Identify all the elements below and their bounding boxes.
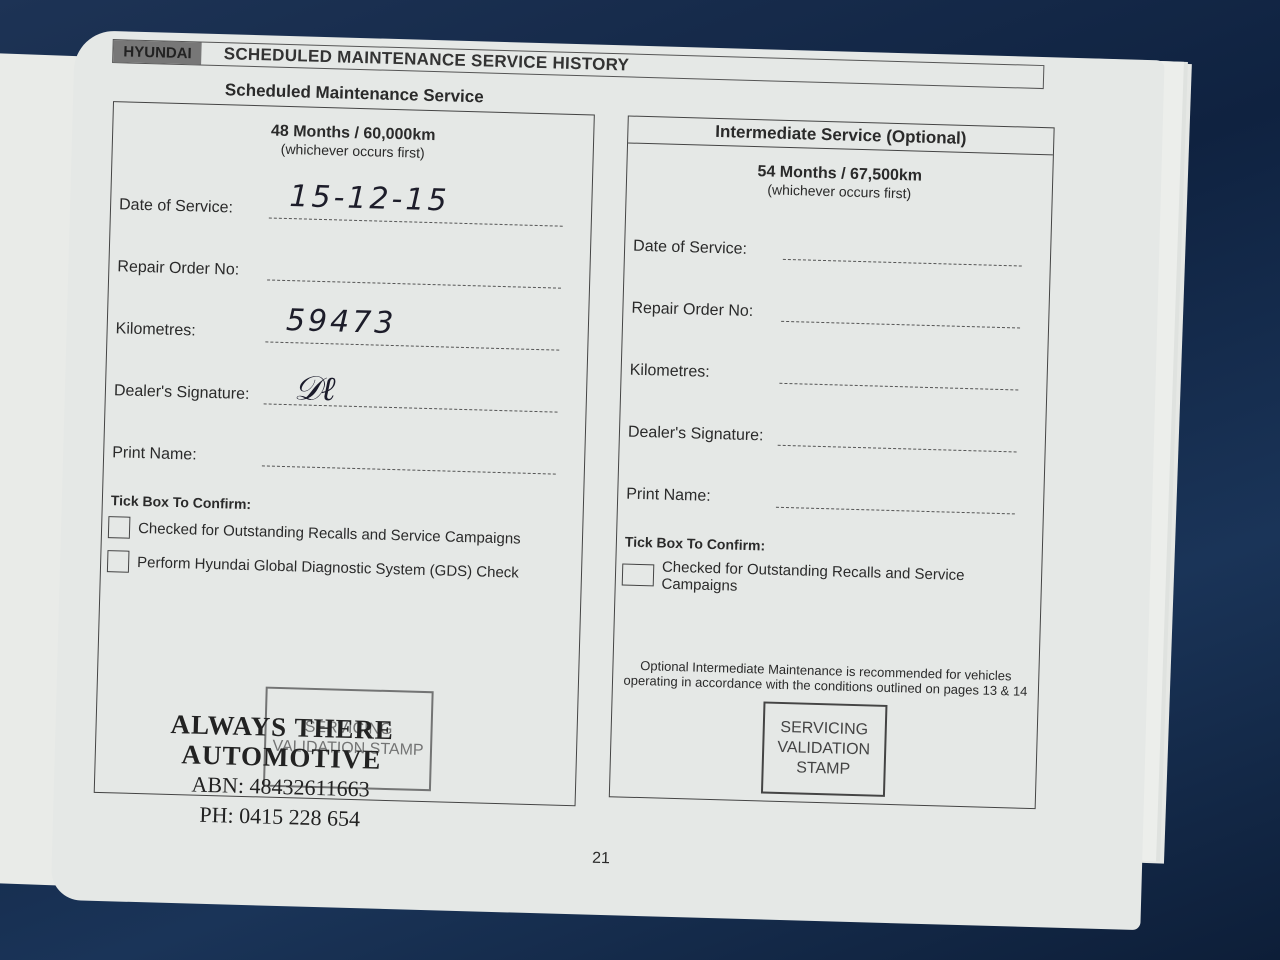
checkbox[interactable]: [107, 550, 130, 573]
brand-label: HYUNDAI: [113, 40, 202, 64]
scheduled-service-panel: Scheduled Maintenance Service 48 Months …: [94, 101, 595, 806]
field-kilometres: Kilometres:: [629, 318, 1048, 392]
field-signature: Dealer's Signature:: [628, 380, 1047, 454]
recommendation-note: Optional Intermediate Maintenance is rec…: [613, 657, 1039, 699]
signature-scribble: 𝒟ℓ: [294, 368, 336, 409]
dealer-stamp: ALWAYS THERE AUTOMOTIVE ABN: 48432611663…: [168, 709, 395, 835]
panel-title: Intermediate Service (Optional): [628, 116, 1054, 155]
field-print-name: Print Name:: [112, 400, 586, 475]
field-repair-order: Repair Order No:: [117, 214, 591, 289]
check-recalls[interactable]: Checked for Outstanding Recalls and Serv…: [622, 557, 1042, 603]
field-date: Date of Service:15-12-15: [119, 152, 593, 227]
tick-heading: Tick Box To Confirm:: [625, 534, 1042, 562]
field-signature: Dealer's Signature:𝒟ℓ: [114, 338, 588, 413]
header-title: SCHEDULED MAINTENANCE SERVICE HISTORY: [223, 44, 629, 75]
booklet-page: HYUNDAI SCHEDULED MAINTENANCE SERVICE HI…: [51, 30, 1165, 930]
checkbox[interactable]: [622, 563, 654, 586]
field-repair-order: Repair Order No:: [631, 256, 1050, 330]
page-number: 21: [592, 850, 610, 868]
check-recalls[interactable]: Checked for Outstanding Recalls and Serv…: [108, 516, 582, 551]
field-date: Date of Service:: [633, 194, 1052, 268]
validation-stamp-box: SERVICING VALIDATION STAMP: [760, 701, 887, 796]
field-kilometres: Kilometres:59473: [115, 276, 589, 351]
intermediate-service-panel: Intermediate Service (Optional) 54 Month…: [609, 115, 1055, 809]
field-print-name: Print Name:: [626, 442, 1045, 516]
km-value: 59473: [285, 303, 396, 341]
date-value: 15-12-15: [289, 179, 450, 218]
panel-title: Scheduled Maintenance Service: [114, 74, 595, 113]
tick-heading: Tick Box To Confirm:: [111, 492, 583, 521]
checkbox[interactable]: [108, 516, 131, 539]
check-gds[interactable]: Perform Hyundai Global Diagnostic System…: [107, 550, 581, 585]
